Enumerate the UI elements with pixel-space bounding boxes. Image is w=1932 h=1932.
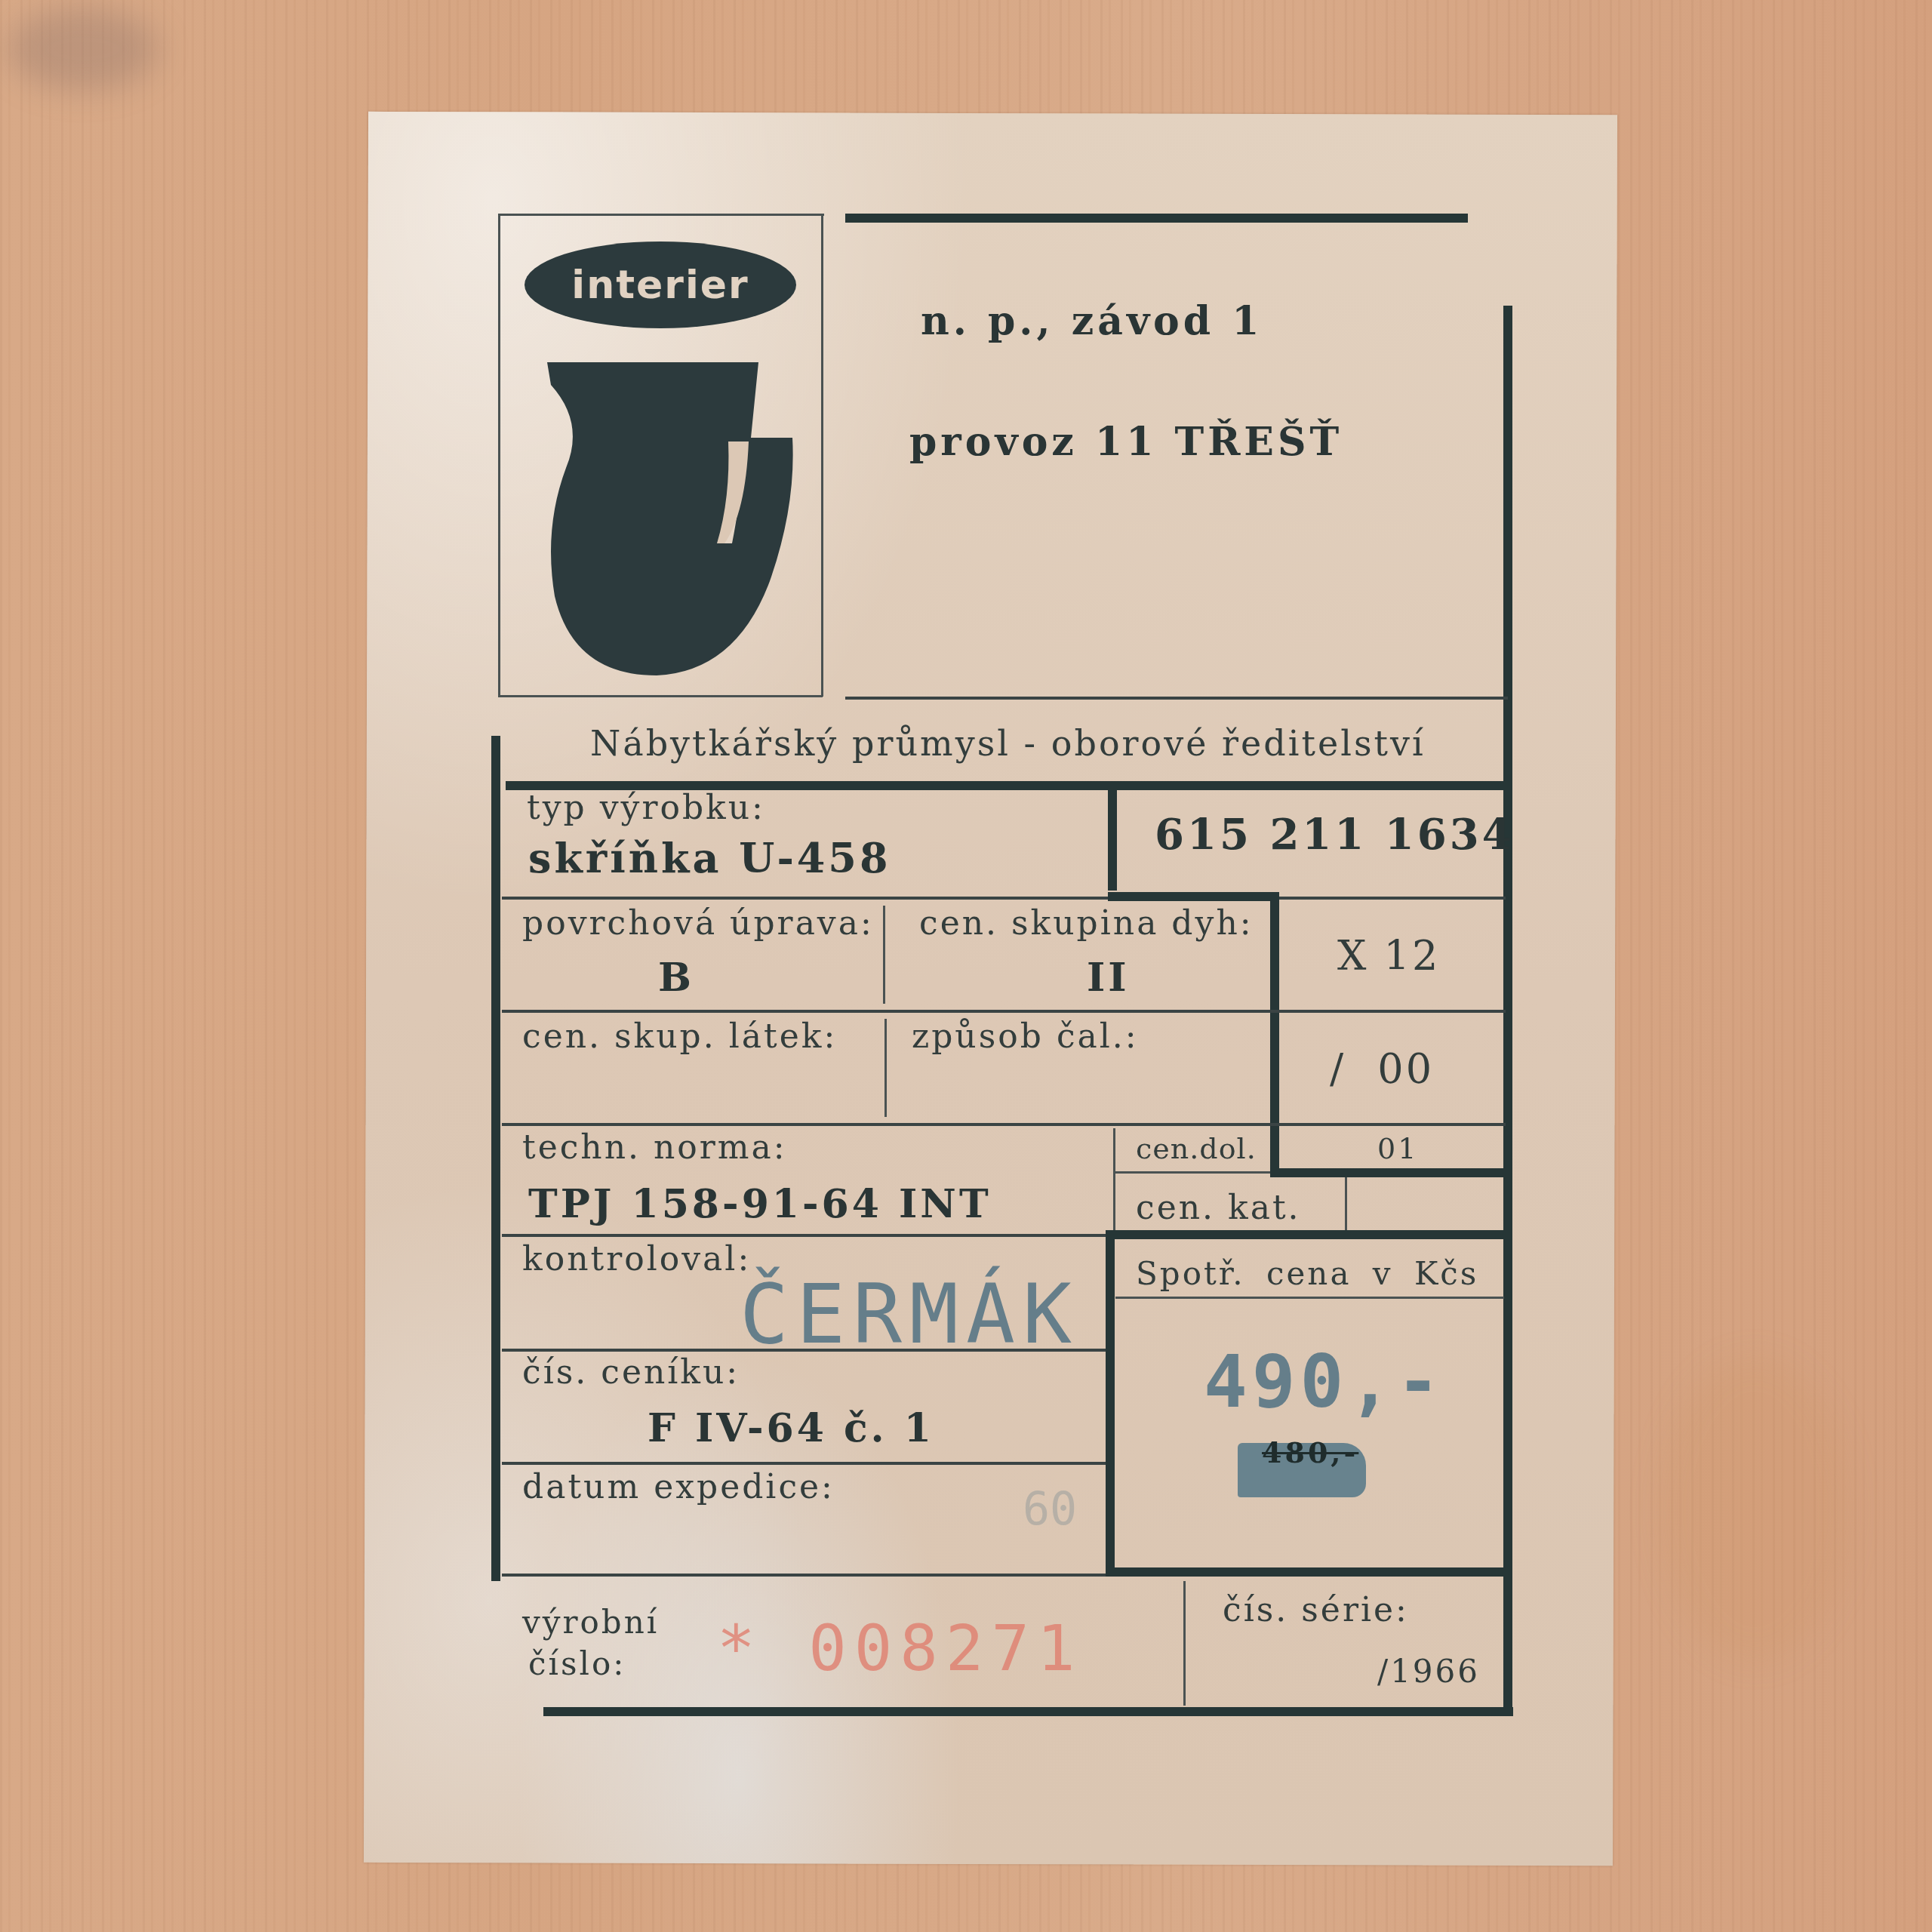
logo-box-left [498,214,500,697]
surcharge-rule [1115,1171,1274,1174]
catalog-price-label: cen. kat. [1136,1189,1301,1227]
bottom-bar [543,1707,1513,1716]
faded-stamp-mark: 60 [1023,1483,1077,1536]
surface-finish-value: B [658,955,694,1001]
tech-norm-value: TPJ 158-91-64 INT [528,1181,992,1227]
product-code: 615 211 1634 [1155,810,1515,860]
product-type-label: typ výrobku: [527,789,765,827]
old-price-crossed: 480,- [1262,1435,1358,1469]
right-border [1503,306,1512,1709]
series-divider [1183,1581,1186,1706]
surcharge-value: 01 [1377,1132,1418,1165]
logo-box-top [500,214,824,216]
logo-brand-text: interier [571,263,749,308]
code-box-left [1108,781,1117,891]
row-rule-7 [502,1574,1106,1577]
subtitle: Nábytkářský průmysl - oborové ředitelstv… [590,723,1426,764]
price-list-value: F IV-64 č. 1 [648,1405,934,1451]
catalog-divider [1345,1177,1347,1234]
veneer-group-value: II [1087,955,1130,1001]
row-rule-5 [502,1349,1106,1352]
price-box-left [1106,1239,1115,1571]
col-divider-1 [883,906,885,1004]
row-rule-1 [502,897,1506,900]
col-divider-3 [1113,1128,1115,1234]
fabric-group-label: cen. skup. látek: [522,1017,837,1056]
row-rule-4 [502,1234,1109,1237]
wood-stain [8,8,158,91]
row-rule-2 [502,1010,1506,1013]
price-list-label: čís. ceníku: [522,1353,740,1392]
interier-i-logo-icon [543,355,808,687]
serial-no-stamp: * 008271 [717,1611,1083,1685]
veneer-group-label: cen. skupina dyh: [919,904,1254,943]
inner-box-right [1270,892,1279,1171]
serial-no-label-line1: výrobní [522,1604,659,1641]
upholstery-label: způsob čal.: [912,1017,1139,1056]
surface-finish-label: povrchová úprava: [522,904,874,943]
price-label-rule [1115,1297,1504,1299]
serial-no-label-line2: číslo: [528,1645,626,1682]
inner-box-top [1108,892,1278,901]
series-no-value: /1966 [1377,1653,1480,1690]
logo-box-right [821,214,823,697]
header-line-2: provoz 11 TŘEŠŤ [909,419,1343,465]
product-type-value: skříňka U-458 [528,834,891,882]
header-line-1: n. p., závod 1 [921,298,1263,344]
price-box-bottom [1106,1567,1506,1577]
row-rule-3 [502,1123,1506,1126]
surcharge-label: cen.dol. [1136,1132,1257,1165]
subtitle-top-rule [845,697,1508,700]
price-box-top [1106,1230,1506,1239]
inspected-by-label: kontroloval: [522,1240,751,1278]
x-code: X 12 [1337,932,1440,980]
col-divider-2 [884,1019,887,1117]
consumer-price-value: 490,- [1204,1340,1444,1424]
series-no-label: čís. série: [1223,1591,1409,1629]
top-bar [845,214,1468,223]
consumer-price-label: Spotř. cena v Kčs [1136,1255,1478,1292]
logo-box-bottom [498,695,823,697]
row-rule-6 [502,1462,1106,1465]
wood-stain [1660,1358,1849,1660]
slash-code: / 00 [1330,1045,1434,1093]
tech-norm-label: techn. norma: [522,1128,787,1167]
surcharge-bottom-bar [1270,1168,1506,1177]
grid-left-border [491,736,500,1581]
dispatch-date-label: datum expedice: [522,1468,835,1506]
interier-logo-oval: interier [525,241,796,328]
